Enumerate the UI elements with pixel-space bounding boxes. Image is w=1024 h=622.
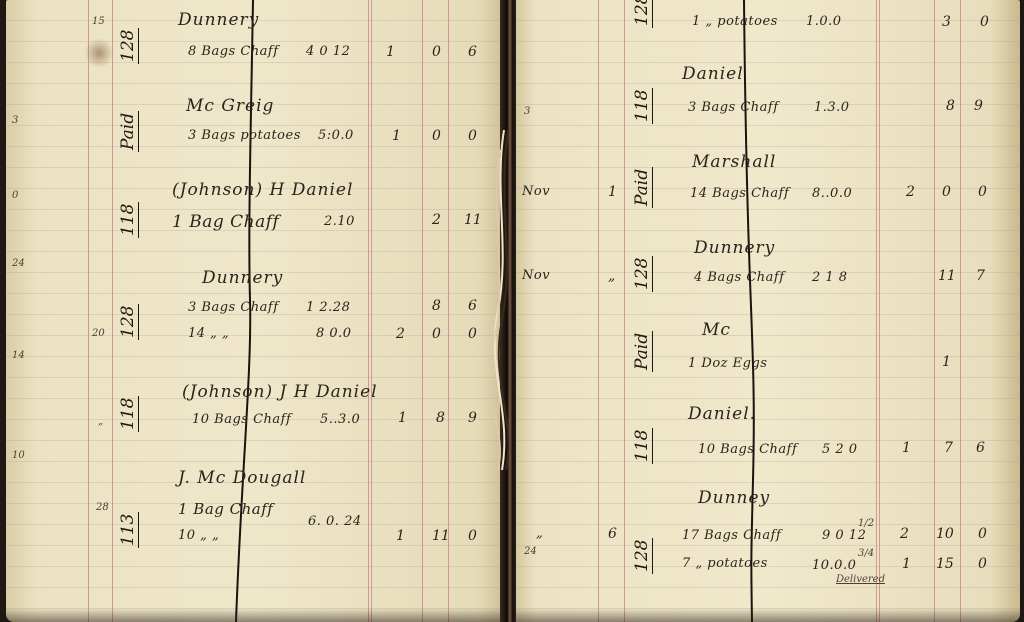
amount-pounds: 1: [902, 440, 911, 456]
line-rate: 4 0 12: [306, 44, 350, 59]
ledger-ref: Paid: [632, 331, 653, 372]
amount-pence: 0: [468, 326, 477, 342]
margin-mark: 14: [12, 350, 25, 361]
entry-month: Nov: [522, 268, 550, 283]
line-rate: 1.3.0: [814, 100, 850, 115]
ledger-ref: Paid: [118, 111, 139, 152]
margin-mark: 24: [524, 546, 537, 557]
amount-pence: 9: [468, 410, 477, 426]
entry-date: 15: [92, 16, 105, 27]
amount-shillings: 2: [432, 212, 441, 228]
amount-shillings: 7: [944, 440, 953, 456]
amount-pence: 0: [468, 128, 477, 144]
line-rate: 1 2.28: [306, 300, 350, 315]
ledger-ref: 118: [118, 396, 139, 432]
amount-pence: 0: [978, 526, 987, 542]
customer-name: (Johnson) H Daniel: [172, 180, 353, 200]
left-page: 3 0 24 14 10 15 128 Dunnery 8 Bags Chaff…: [6, 0, 502, 622]
amount-shillings: 10: [936, 526, 954, 542]
line-item: 7 „ potatoes: [682, 556, 768, 571]
ledger-spread: 3 0 24 14 10 15 128 Dunnery 8 Bags Chaff…: [0, 0, 1024, 622]
amount-pence: 6: [468, 44, 477, 60]
line-item: 4 Bags Chaff: [694, 270, 785, 285]
ref-column-rule: [112, 0, 113, 622]
shillings-column-rule: [422, 0, 423, 622]
right-page: 3 24 128 1 „ potatoes 1.0.0 3 0 118 Dani…: [516, 0, 1020, 622]
line-item: 10 Bags Chaff: [698, 442, 797, 457]
ledger-ref: 128: [632, 256, 653, 292]
line-rate: 2.10: [324, 214, 355, 229]
line-item: 1 „ potatoes: [692, 14, 778, 29]
ledger-ref: 128: [118, 28, 139, 64]
customer-name: J. Mc Dougall: [178, 468, 306, 488]
ledger-ref: 118: [118, 202, 139, 238]
line-item: 1 Bag Chaff: [172, 212, 279, 232]
customer-name: (Johnson) J H Daniel: [182, 382, 378, 402]
margin-mark: 3: [524, 106, 530, 117]
amount-pence: 7: [976, 268, 985, 284]
customer-name: Dunnery: [694, 238, 775, 258]
line-item: 10 Bags Chaff: [192, 412, 291, 427]
margin-mark: 10: [12, 450, 25, 461]
ledger-ref: Paid: [632, 167, 653, 208]
entry-month: „: [536, 526, 543, 541]
customer-name: Mc Greig: [186, 96, 274, 116]
customer-name: Dunney: [698, 488, 770, 508]
line-rate: 8..0.0: [812, 186, 852, 201]
line-item: 3 Bags Chaff: [188, 300, 279, 315]
line-rate: 10.0.0: [812, 558, 856, 573]
customer-name: Daniel: [682, 64, 744, 84]
amount-column-rule: [876, 0, 880, 622]
line-rate: 5 2 0: [822, 442, 858, 457]
customer-name: Daniel.: [688, 404, 756, 424]
amount-pounds: 2: [396, 326, 405, 342]
line-item: 3 Bags Chaff: [688, 100, 779, 115]
amount-shillings: 8: [946, 98, 955, 114]
ledger-ref: 118: [632, 428, 653, 464]
amount-shillings: 0: [942, 184, 951, 200]
ledger-ref: 128: [632, 0, 653, 28]
amount-shillings: 0: [432, 326, 441, 342]
amount-shillings: 1: [942, 354, 951, 370]
entry-date: „: [98, 416, 103, 427]
entry-date: „: [608, 268, 615, 284]
amount-shillings: 0: [432, 128, 441, 144]
line-item: 17 Bags Chaff: [682, 528, 781, 543]
amount-shillings: 3: [942, 14, 951, 30]
amount-pounds: 1: [392, 128, 401, 144]
page-edge-shadow: [516, 608, 1020, 622]
line-rate: 5:0.0: [318, 128, 354, 143]
amount-pence: 9: [974, 98, 983, 114]
line-item: 8 Bags Chaff: [188, 44, 279, 59]
rate-fraction: 3/4: [858, 548, 874, 559]
line-rate: 8 0.0: [316, 326, 352, 341]
line-rate: 5..3.0: [320, 412, 360, 427]
amount-pence: 0: [468, 528, 477, 544]
amount-pence: 0: [978, 184, 987, 200]
ledger-ref: 128: [632, 538, 653, 574]
amount-pounds: 1: [396, 528, 405, 544]
line-rate: 9 0 12: [822, 528, 866, 543]
amount-pence: 0: [980, 14, 989, 30]
amount-pounds: 2: [906, 184, 915, 200]
entry-date: 6: [608, 526, 617, 542]
amount-pence: 6: [976, 440, 985, 456]
customer-name: Mc: [702, 320, 731, 340]
amount-shillings: 0: [432, 44, 441, 60]
amount-shillings: 11: [938, 268, 956, 284]
line-item: 10 „ „: [178, 528, 219, 543]
ref-column-rule: [624, 0, 625, 622]
amount-pounds: 1: [398, 410, 407, 426]
margin-mark: 0: [12, 190, 18, 201]
amount-column-rule: [368, 0, 372, 622]
amount-shillings: 11: [432, 528, 450, 544]
ledger-ref: 118: [632, 88, 653, 124]
customer-name: Dunnery: [202, 268, 283, 288]
shillings-column-rule: [934, 0, 935, 622]
line-item: 1 Bag Chaff: [178, 500, 273, 518]
ink-stain: [84, 38, 114, 68]
date-column-rule: [88, 0, 89, 622]
delivery-note: Delivered: [836, 574, 885, 585]
amount-shillings: 8: [432, 298, 441, 314]
margin-mark: 24: [12, 258, 25, 269]
amount-pounds: 1: [386, 44, 395, 60]
ledger-ref: 113: [118, 512, 139, 548]
pence-column-rule: [960, 0, 961, 622]
entry-date: 1: [608, 184, 617, 200]
customer-name: Dunnery: [178, 10, 259, 30]
entry-date: 28: [96, 502, 109, 513]
customer-name: Marshall: [692, 152, 776, 172]
page-edge-shadow: [6, 608, 502, 622]
margin-mark: 3: [12, 115, 18, 126]
ledger-ref: 128: [118, 304, 139, 340]
amount-shillings: 8: [436, 410, 445, 426]
amount-pence: 11: [464, 212, 482, 228]
amount-pence: 0: [978, 556, 987, 572]
amount-pounds: 2: [900, 526, 909, 542]
line-rate: 6. 0. 24: [308, 514, 362, 529]
entry-month: Nov: [522, 184, 550, 199]
amount-shillings: 15: [936, 556, 954, 572]
entry-date: 20: [92, 328, 105, 339]
line-item: 14 „ „: [188, 326, 229, 341]
line-item: 1 Doz Eggs: [688, 356, 767, 371]
line-rate: 2 1 8: [812, 270, 848, 285]
date-column-rule: [598, 0, 599, 622]
amount-pounds: 1: [902, 556, 911, 572]
amount-pence: 6: [468, 298, 477, 314]
line-item: 14 Bags Chaff: [690, 186, 789, 201]
line-rate: 1.0.0: [806, 14, 842, 29]
line-item: 3 Bags potatoes: [188, 128, 301, 143]
